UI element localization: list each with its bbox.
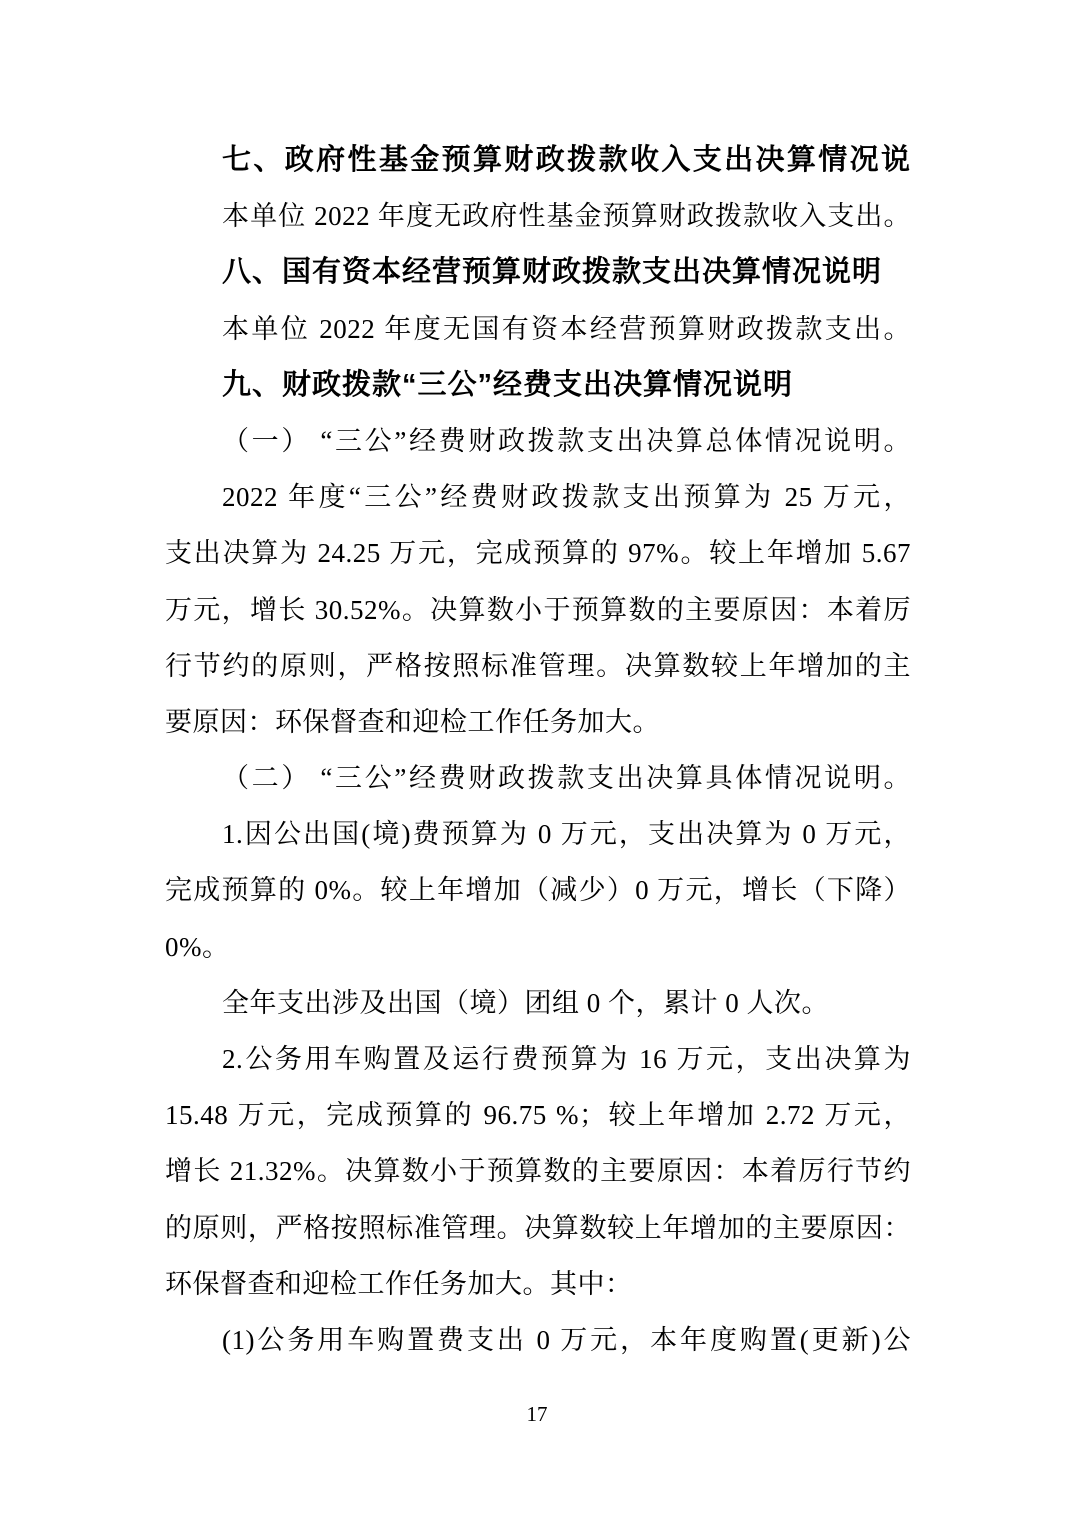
section-heading-9: 九、财政拨款“三公”经费支出决算情况说明 <box>165 357 911 413</box>
paragraph-line: 0%。 <box>165 919 911 975</box>
paragraph-line: 万元，增长 30.52%。决算数小于预算数的主要原因：本着厉 <box>165 582 911 638</box>
paragraph-line: 环保督查和迎检工作任务加大。其中： <box>165 1256 911 1312</box>
subsection-heading-1: （一） “三公”经费财政拨款支出决算总体情况说明。 <box>165 413 911 469</box>
section-heading-8: 八、国有资本经营预算财政拨款支出决算情况说明 <box>165 244 911 300</box>
paragraph-line: 行节约的原则，严格按照标准管理。决算数较上年增加的主 <box>165 638 911 694</box>
paragraph-line: 的原则，严格按照标准管理。决算数较上年增加的主要原因： <box>165 1200 911 1256</box>
paragraph-line: 支出决算为 24.25 万元，完成预算的 97%。较上年增加 5.67 <box>165 525 911 581</box>
page-number: 17 <box>0 1399 1074 1429</box>
paragraph-line: (1)公务用车购置费支出 0 万元，本年度购置(更新)公 <box>165 1312 911 1368</box>
paragraph-line: 完成预算的 0%。较上年增加（减少）0 万元，增长（下降） <box>165 862 911 918</box>
document-page: 七、政府性基金预算财政拨款收入支出决算情况说明 本单位 2022 年度无政府性基… <box>0 0 1074 1520</box>
section-heading-7: 七、政府性基金预算财政拨款收入支出决算情况说明 <box>165 132 911 188</box>
paragraph-line: 全年支出涉及出国（境）团组 0 个，累计 0 人次。 <box>165 975 911 1031</box>
paragraph-line: 2.公务用车购置及运行费预算为 16 万元，支出决算为 <box>165 1031 911 1087</box>
document-body: 七、政府性基金预算财政拨款收入支出决算情况说明 本单位 2022 年度无政府性基… <box>165 132 911 1368</box>
paragraph-line: 1.因公出国(境)费预算为 0 万元，支出决算为 0 万元， <box>165 806 911 862</box>
paragraph-line: 要原因：环保督查和迎检工作任务加大。 <box>165 694 911 750</box>
subsection-heading-2: （二） “三公”经费财政拨款支出决算具体情况说明。 <box>165 750 911 806</box>
paragraph-line: 增长 21.32%。决算数小于预算数的主要原因：本着厉行节约 <box>165 1143 911 1199</box>
paragraph-line: 15.48 万元，完成预算的 96.75 %；较上年增加 2.72 万元， <box>165 1087 911 1143</box>
paragraph-line: 本单位 2022 年度无国有资本经营预算财政拨款支出。 <box>165 301 911 357</box>
paragraph-line: 本单位 2022 年度无政府性基金预算财政拨款收入支出。 <box>165 188 911 244</box>
paragraph-line: 2022 年度“三公”经费财政拨款支出预算为 25 万元， <box>165 469 911 525</box>
